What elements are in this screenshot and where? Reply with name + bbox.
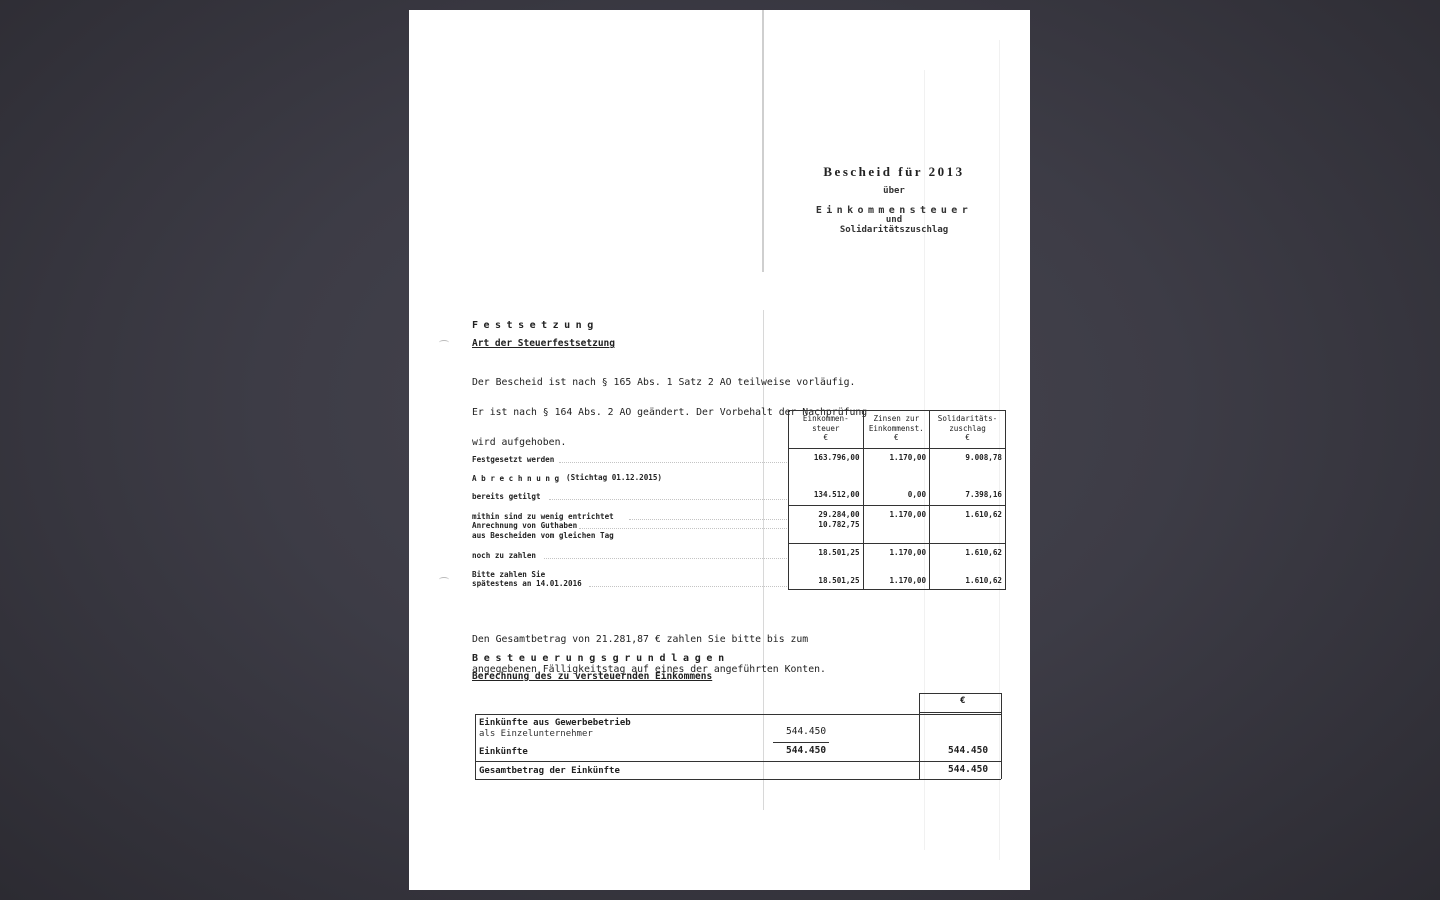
leader-dots	[589, 586, 787, 587]
subheading-steuerfestsetzung: Art der Steuerfestsetzung	[472, 338, 615, 349]
cell: 163.796,00 134.512,00	[789, 449, 864, 506]
section-heading-grundlagen: Besteuerungsgrundlagen	[472, 653, 730, 664]
table-border	[475, 761, 1001, 762]
section-heading-festsetzung: Festsetzung	[472, 320, 599, 331]
income-amount-einkuenfte: 544.450	[786, 745, 826, 756]
tax-assessment-page: Bescheid für 2013 über Einkommensteuer u…	[409, 10, 1030, 890]
row-label-zu-wenig-entrichtet: mithin sind zu wenig entrichtet	[472, 512, 614, 521]
table-border	[1001, 693, 1002, 779]
abrechnung-stichtag: (Stichtag 01.12.2015)	[566, 473, 662, 482]
row-label-noch-zu-zahlen: noch zu zahlen	[472, 551, 536, 560]
table-header-row: Einkommen- steuer € Zinsen zur Einkommen…	[789, 411, 1006, 449]
currency-header: €	[960, 696, 965, 706]
income-label-einkuenfte: Einkünfte	[479, 747, 528, 757]
income-total-einkuenfte: 544.450	[948, 745, 988, 756]
title-und: und	[779, 216, 1009, 225]
table-border	[919, 712, 1001, 713]
row-label-anrechnung-2: aus Bescheiden vom gleichen Tag	[472, 531, 614, 540]
scan-fold-line	[762, 10, 764, 272]
row-label-festgesetzt: Festgesetzt werden	[472, 455, 554, 464]
punch-mark	[439, 577, 449, 582]
row-label-abrechnung: Abrechnung	[472, 474, 564, 483]
row-label-anrechnung: Anrechnung von Guthaben	[472, 521, 577, 530]
table-row: 163.796,00 134.512,00 1.170,00 0,00 9.00…	[789, 449, 1006, 506]
income-label-gewerbe-2: als Einzelunternehmer	[479, 729, 593, 739]
col-header-einkommensteuer: Einkommen- steuer €	[789, 411, 864, 449]
income-label-gewerbe: Einkünfte aus Gewerbebetrieb	[479, 718, 631, 728]
leader-dots	[559, 462, 787, 463]
subheading-berechnung: Berechnung des zu versteuernden Einkomme…	[472, 671, 712, 682]
cell: 1.610,62	[930, 506, 1006, 544]
document-title: Bescheid für 2013	[779, 164, 1009, 180]
table-border	[475, 714, 476, 779]
cell: 1.170,00 1.170,00	[863, 544, 929, 590]
table-row: 18.501,25 18.501,25 1.170,00 1.170,00 1.…	[789, 544, 1006, 590]
leader-dots	[629, 519, 787, 520]
income-amount-gewerbe: 544.450	[786, 726, 826, 737]
leader-dots	[579, 528, 787, 529]
leader-dots	[544, 558, 787, 559]
cell: 9.008,78 7.398,16	[930, 449, 1006, 506]
income-label-gesamtbetrag: Gesamtbetrag der Einkünfte	[479, 766, 620, 776]
table-border	[475, 779, 1001, 780]
cell: 29.284,00 10.782,75	[789, 506, 864, 544]
leader-dots	[549, 499, 787, 500]
table-border	[919, 693, 1001, 694]
col-header-zinsen: Zinsen zur Einkommenst. €	[863, 411, 929, 449]
cell: 1.610,62 1.610,62	[930, 544, 1006, 590]
punch-mark	[439, 340, 449, 345]
income-total-gesamtbetrag: 544.450	[948, 764, 988, 775]
table-border	[919, 693, 920, 779]
row-label-bereits-getilgt: bereits getilgt	[472, 492, 541, 501]
cell: 18.501,25 18.501,25	[789, 544, 864, 590]
table-border	[475, 714, 1001, 715]
row-label-bitte-zahlen: Bitte zahlen Sie	[472, 570, 545, 579]
paragraph-line: Der Bescheid ist nach § 165 Abs. 1 Satz …	[472, 378, 867, 388]
document-title-block: Bescheid für 2013 über Einkommensteuer u…	[779, 164, 1009, 235]
sum-underline	[773, 742, 829, 743]
table-row: 29.284,00 10.782,75 1.170,00 1.610,62	[789, 506, 1006, 544]
cell: 1.170,00 0,00	[863, 449, 929, 506]
col-header-soli: Solidaritäts- zuschlag €	[930, 411, 1006, 449]
assessment-table: Einkommen- steuer € Zinsen zur Einkommen…	[788, 410, 1006, 590]
cell: 1.170,00	[863, 506, 929, 544]
row-label-faelligkeit: spätestens an 14.01.2016	[472, 579, 582, 588]
payment-note-line: Den Gesamtbetrag von 21.281,87 € zahlen …	[472, 635, 826, 645]
tax-type-2: Solidaritätszuschlag	[779, 225, 1009, 235]
title-ueber: über	[779, 186, 1009, 196]
